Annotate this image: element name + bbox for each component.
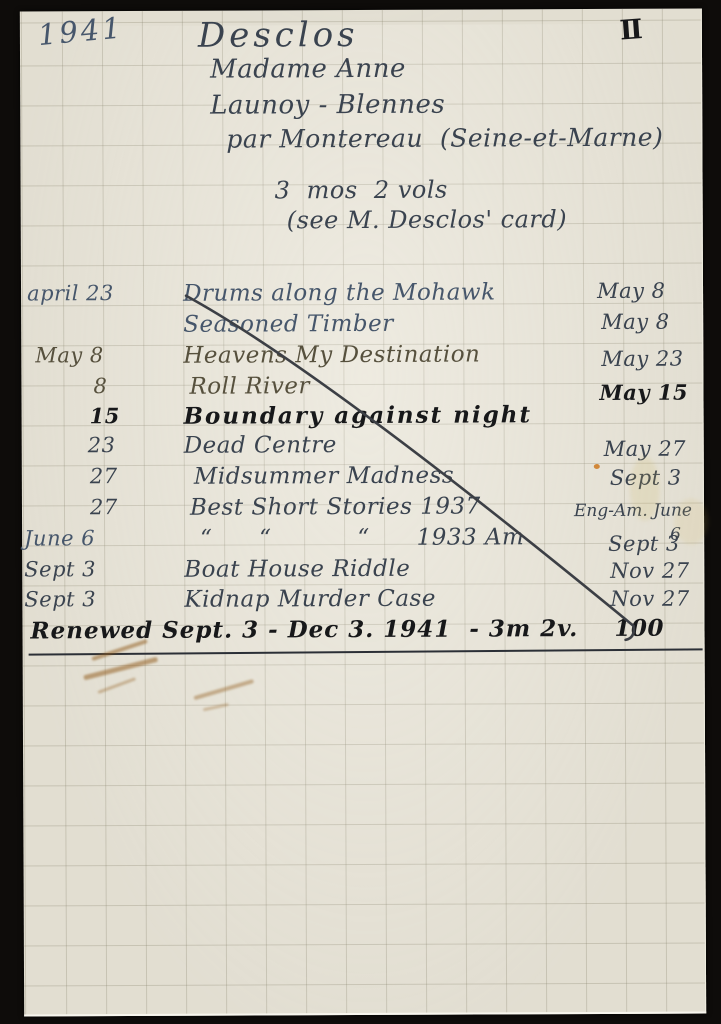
loan-title: Drums along the Mohawk [183, 281, 496, 305]
loan-date-returned: May 15 [599, 382, 688, 403]
loan-date-returned: Nov 27 [610, 589, 689, 610]
series-numeral: Ⅱ [619, 16, 644, 45]
loan-title: Boundary against night [184, 403, 533, 428]
loan-date-returned: May 8 [601, 312, 670, 333]
loan-title: Dead Centre [184, 434, 337, 458]
holder-name: Madame Anne [210, 56, 406, 83]
loan-date-out: 15 [90, 405, 120, 426]
loan-title: Seasoned Timber [183, 313, 394, 337]
loan-title: Heavens My Destination [183, 343, 480, 367]
loan-date-out: May 8 [35, 345, 104, 366]
loan-date-out: 27 [90, 497, 118, 518]
loan-title: Boat House Riddle [184, 558, 410, 582]
loan-date-out: 23 [88, 435, 116, 456]
loan-date-out: June 6 [24, 528, 95, 549]
loan-date-out: 27 [90, 466, 118, 487]
loan-title: “ “ “ 1933 Am [200, 526, 524, 550]
stain-streak [203, 703, 229, 711]
loan-date-out: 8 [93, 376, 107, 397]
loan-date-returned: May 8 [597, 281, 666, 302]
loan-date-returned: Sept 3 [608, 534, 680, 555]
lending-card: 1941 Desclos Ⅱ Madame Anne Launoy - Blen… [20, 9, 706, 1017]
year-label: 1941 [37, 13, 125, 50]
stain-smudge [630, 457, 660, 521]
stain-speck [594, 464, 600, 469]
loan-title: Best Short Stories 1937 [190, 495, 481, 519]
cardholder-surname: Desclos [198, 18, 359, 53]
loan-date-out: april 23 [27, 283, 114, 304]
ink-stain [52, 625, 292, 726]
loan-title: Midsummer Madness [194, 465, 454, 489]
stain-smudge [674, 498, 708, 544]
holder-address-line1: Launoy - Blennes [210, 92, 445, 119]
loan-date-out: Sept 3 [24, 589, 96, 610]
subscription-terms: 3 mos 2 vols [275, 178, 448, 203]
stain-streak [91, 639, 147, 661]
subscription-note: (see M. Desclos' card) [287, 207, 567, 232]
loan-row: May 8 Heavens My Destination May 23 [21, 343, 702, 378]
loan-title: Kidnap Murder Case [184, 588, 436, 612]
loan-date-out: Sept 3 [24, 559, 96, 580]
loan-title: Roll River [189, 375, 310, 399]
stain-streak [193, 679, 254, 700]
loan-date-returned: Nov 27 [610, 561, 689, 582]
renewal-value: 100 [614, 617, 664, 640]
stain-streak [97, 677, 136, 694]
photo-background: { "card": { "year": "1941", "surname": "… [0, 0, 721, 1024]
holder-address-line2: par Montereau (Seine-et-Marne) [226, 125, 663, 152]
loan-date-returned: May 23 [601, 349, 683, 370]
